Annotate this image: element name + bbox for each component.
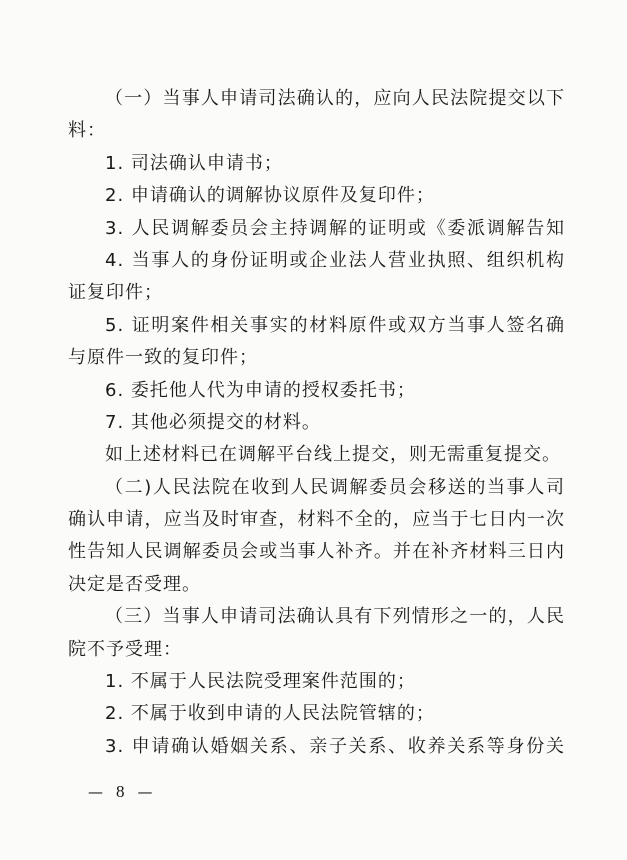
text-line: 7. 其他必须提交的材料。 (68, 407, 565, 439)
text-line: 1. 司法确认申请书； (68, 148, 565, 180)
text-line: 3. 人民调解委员会主持调解的证明或《委派调解告知书》; (68, 213, 565, 245)
text-line: 4. 当事人的身份证明或企业法人营业执照、组织机构代码 (68, 245, 565, 277)
text-line: （一）当事人申请司法确认的，应向人民法院提交以下材 (68, 83, 565, 115)
text-line: 料： (68, 115, 565, 147)
text-line: 2. 申请确认的调解协议原件及复印件； (68, 180, 565, 212)
page-number-value: 8 (116, 782, 125, 802)
page-footer: — 8 — (88, 782, 153, 802)
text-line: 1. 不属于人民法院受理案件范围的； (68, 666, 565, 698)
text-line: 确认申请，应当及时审查，材料不全的，应当于七日内一次 (68, 504, 565, 536)
text-line: 性告知人民调解委员会或当事人补齐。并在补齐材料三日内 (68, 536, 565, 568)
text-line: 决定是否受理。 (68, 569, 565, 601)
text-block: （一）当事人申请司法确认的，应向人民法院提交以下材料：1. 司法确认申请书；2.… (68, 83, 565, 763)
text-line: （三）当事人申请司法确认具有下列情形之一的，人民法 (68, 601, 565, 633)
text-line: 证复印件； (68, 277, 565, 309)
text-line: 院不予受理： (68, 634, 565, 666)
text-line: 2. 不属于收到申请的人民法院管辖的； (68, 698, 565, 730)
text-line: （二)人民法院在收到人民调解委员会移送的当事人司法 (68, 472, 565, 504)
text-line: 3. 申请确认婚姻关系、亲子关系、收养关系等身份关系的； (68, 731, 565, 763)
text-line: 6. 委托他人代为申请的授权委托书； (68, 375, 565, 407)
page-number-dash-left: — (88, 783, 103, 801)
document-page: （一）当事人申请司法确认的，应向人民法院提交以下材料：1. 司法确认申请书；2.… (0, 0, 627, 860)
text-line: 5. 证明案件相关事实的材料原件或双方当事人签名确认 (68, 310, 565, 342)
page-number-dash-right: — (138, 783, 153, 801)
text-line: 如上述材料已在调解平台线上提交，则无需重复提交。 (68, 439, 565, 471)
text-line: 与原件一致的复印件； (68, 342, 565, 374)
